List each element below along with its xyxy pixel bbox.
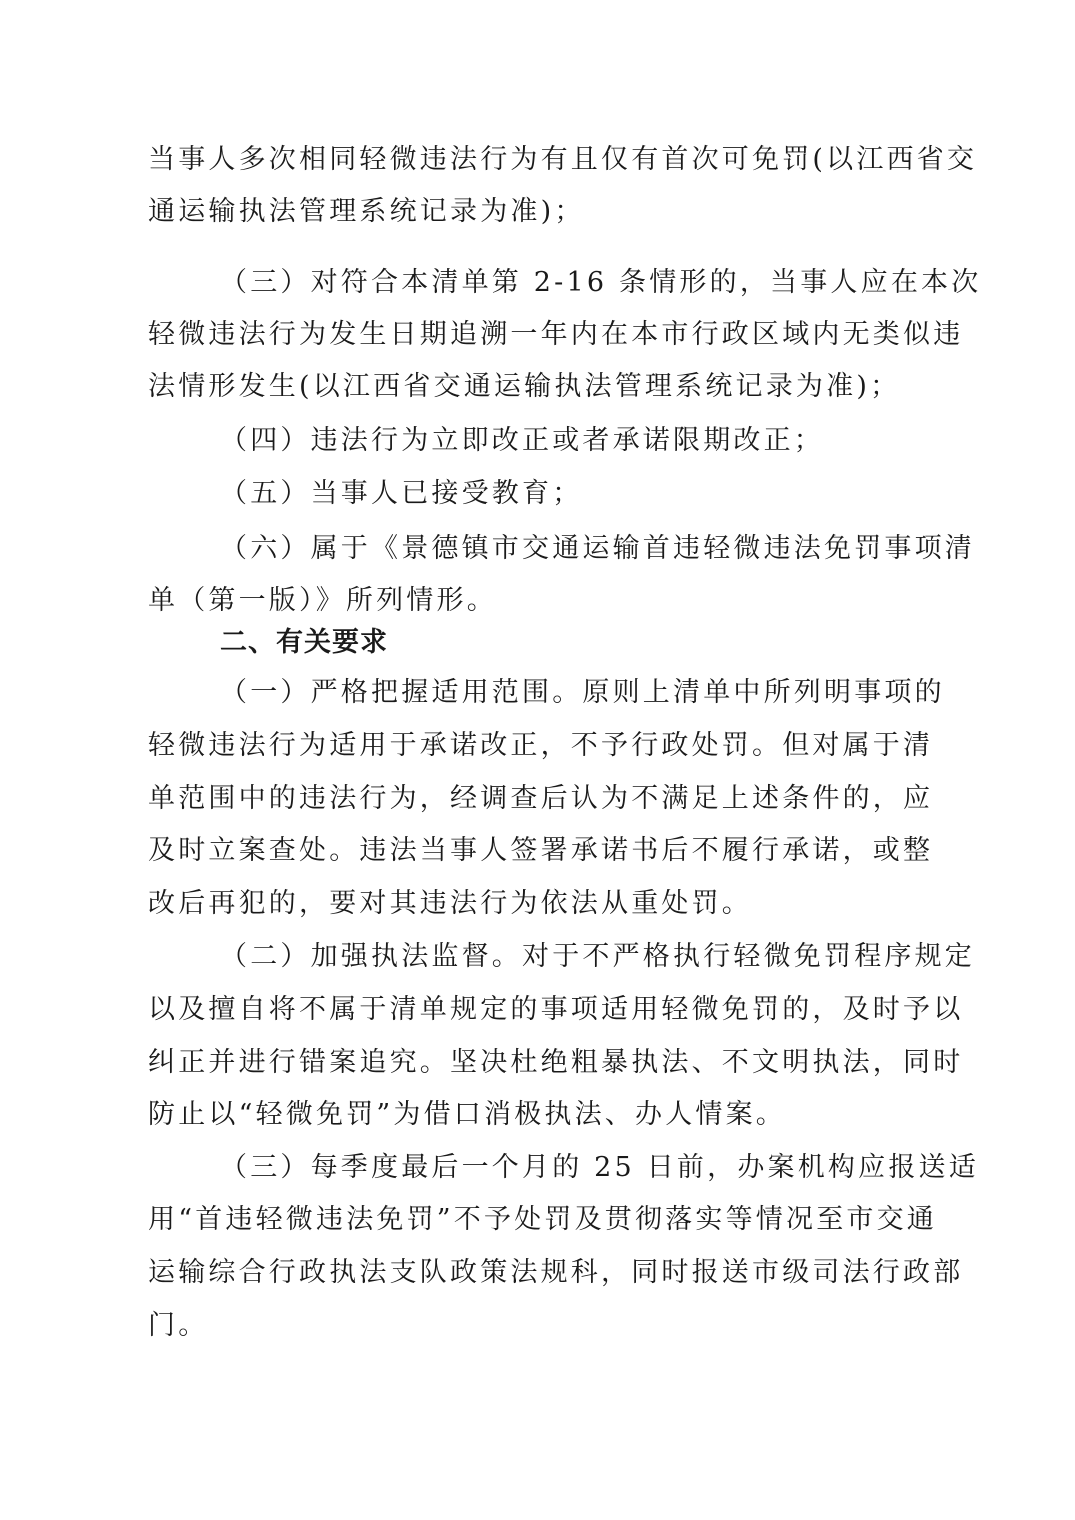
paragraph-line: 通运输执法管理系统记录为准)； [148,192,938,232]
paragraph-line: （六）属于《景德镇市交通运输首违轻微违法免罚事项清 [220,529,940,569]
paragraph-line: 改后再犯的，要对其违法行为依法从重处罚。 [148,884,938,924]
paragraph-line: 单（第一版）》所列情形。 [148,581,938,621]
paragraph-line: 轻微违法行为发生日期追溯一年内在本市行政区域内无类似违 [148,315,938,355]
paragraph-line: （三）每季度最后一个月的 25 日前，办案机构应报送适 [220,1148,940,1188]
paragraph-line: 当事人多次相同轻微违法行为有且仅有首次可免罚(以江西省交 [148,140,938,180]
section-heading: 二、有关要求 [220,623,940,663]
paragraph-line: 及时立案查处。违法当事人签署承诺书后不履行承诺，或整 [148,831,938,871]
paragraph-line: 用“首违轻微违法免罚”不予处罚及贯彻落实等情况至市交通 [148,1200,938,1240]
paragraph-line: （二）加强执法监督。对于不严格执行轻微免罚程序规定 [220,937,940,977]
paragraph-line: （五）当事人已接受教育； [220,474,940,514]
paragraph-line: （三）对符合本清单第 2-16 条情形的，当事人应在本次 [220,263,940,303]
paragraph-line: 法情形发生(以江西省交通运输执法管理系统记录为准)； [148,367,938,407]
document-page: 当事人多次相同轻微违法行为有且仅有首次可免罚(以江西省交 通运输执法管理系统记录… [0,0,1075,1520]
paragraph-line: （四）违法行为立即改正或者承诺限期改正； [220,421,940,461]
paragraph-line: 运输综合行政执法支队政策法规科，同时报送市级司法行政部 [148,1253,938,1293]
paragraph-line: 轻微违法行为适用于承诺改正，不予行政处罚。但对属于清 [148,726,938,766]
paragraph-line: 单范围中的违法行为，经调查后认为不满足上述条件的，应 [148,779,938,819]
paragraph-line: 纠正并进行错案追究。坚决杜绝粗暴执法、不文明执法，同时 [148,1043,938,1083]
paragraph-line: （一）严格把握适用范围。原则上清单中所列明事项的 [220,673,940,713]
paragraph-line: 门。 [148,1306,938,1346]
paragraph-line: 防止以“轻微免罚”为借口消极执法、办人情案。 [148,1095,938,1135]
paragraph-line: 以及擅自将不属于清单规定的事项适用轻微免罚的，及时予以 [148,990,938,1030]
